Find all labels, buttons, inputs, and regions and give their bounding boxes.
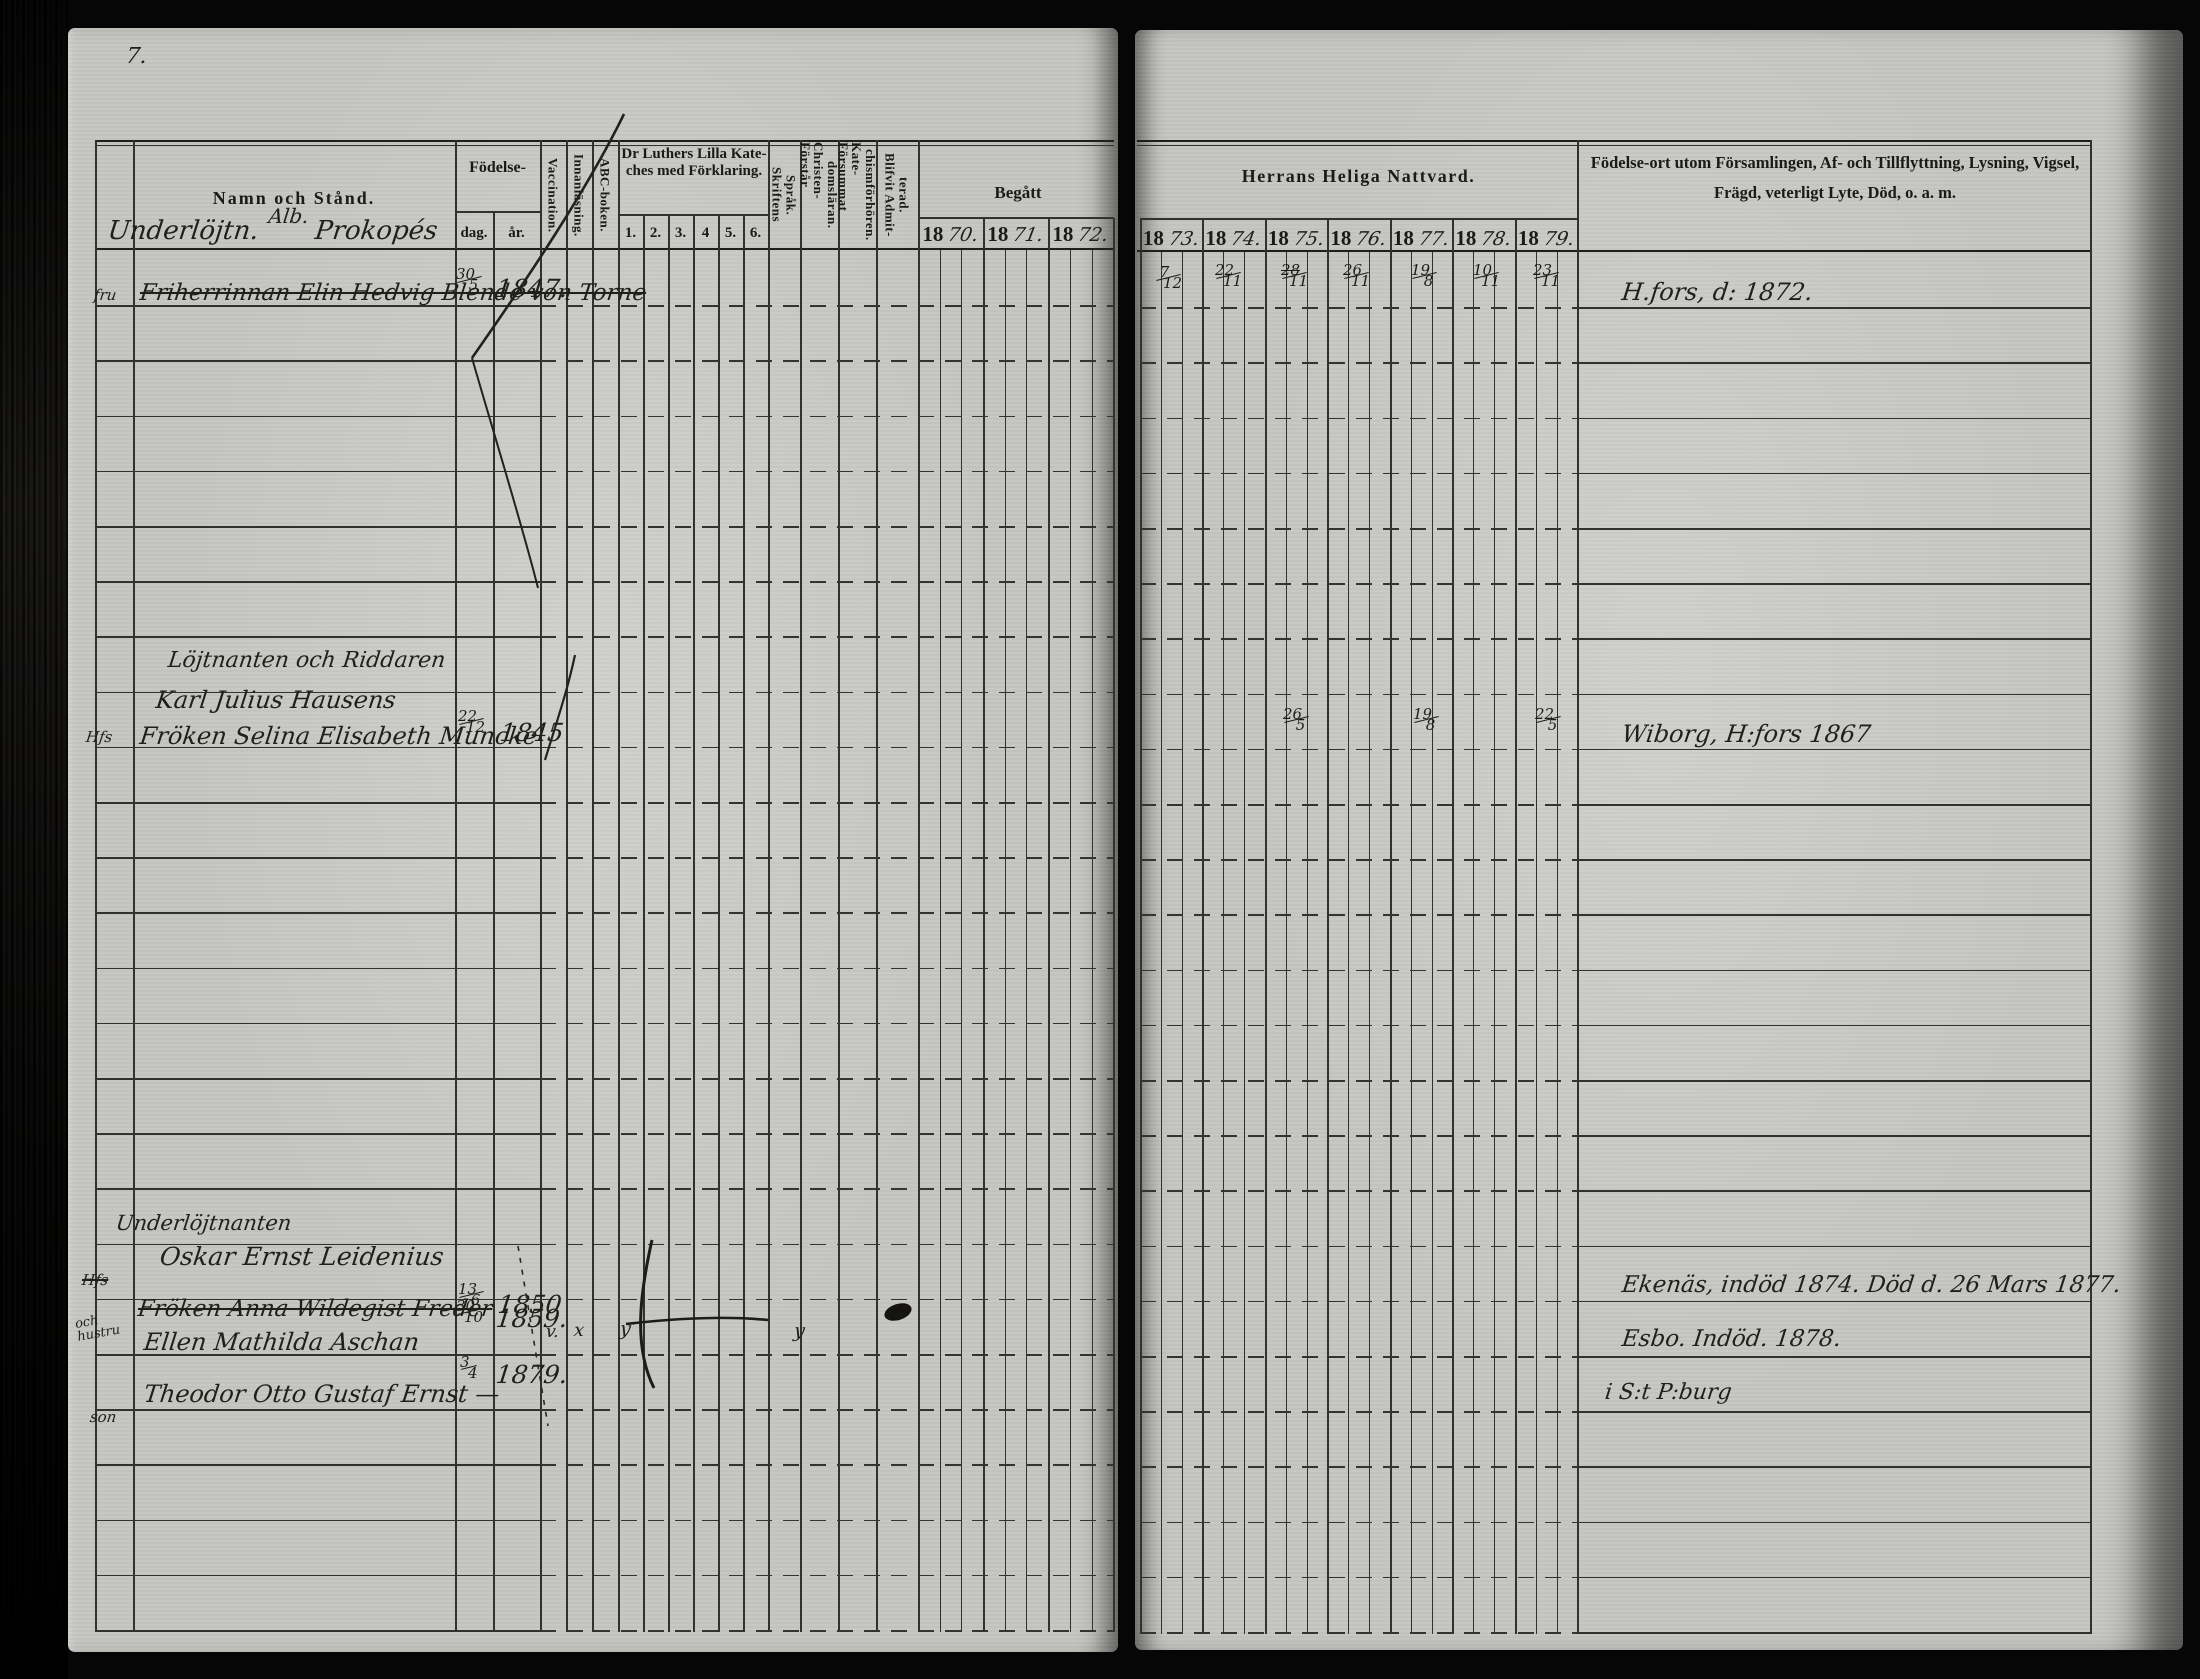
rule-line — [668, 215, 670, 1632]
year-written: 76. — [1354, 228, 1388, 250]
notes-column-header: Födelse-ort utom Församlingen, Af- och T… — [1585, 148, 2085, 208]
rule-line — [983, 218, 985, 1632]
fraction-denominator: 5 — [464, 279, 483, 291]
year-written: 74. — [1229, 228, 1263, 250]
rule-line — [1577, 140, 1579, 1634]
year-column-1878: 1878. — [1452, 226, 1515, 252]
rule-line — [1161, 252, 1162, 1634]
fraction-denominator: 11 — [1481, 275, 1500, 287]
year-printed: 18 — [1455, 226, 1476, 251]
rule-line — [540, 1464, 1114, 1466]
row2-note: Wiborg, H:fors 1867 — [1620, 720, 1872, 748]
rule-line — [1265, 218, 1267, 1634]
rule-line — [540, 360, 1114, 362]
kateches-subcol-6: 6. — [743, 220, 768, 246]
communion-1874: 2211 — [1219, 264, 1238, 288]
rule-line — [1577, 1522, 2090, 1524]
rule-line — [1515, 218, 1517, 1634]
rule-line — [540, 1133, 1114, 1135]
column-header-innanlasning: Innanläsning. — [566, 142, 592, 248]
rule-line — [95, 471, 540, 473]
begatt-label: Begått — [918, 178, 1118, 208]
rule-line — [1577, 970, 2090, 972]
year-column-1870: 1870. — [918, 222, 983, 248]
year-printed: 18 — [1393, 226, 1414, 251]
row5-name: Theodor Otto Gustaf Ernst — — [142, 1380, 501, 1408]
entry-group1-title: Underlöjtn. Alb. Prokopés — [106, 216, 439, 246]
rule-line — [1140, 1246, 1577, 1248]
communion-1877: 198 — [1415, 264, 1434, 288]
rule-line — [95, 526, 540, 528]
row4-note: Esbo. Indöd. 1878. — [1620, 1326, 1842, 1352]
rule-line — [1137, 145, 2090, 146]
rule-line — [1577, 528, 2090, 530]
group1-title-pre: Underlöjtn. — [106, 216, 260, 246]
row3-name: Fröken Anna Wildegist Freder — [136, 1296, 494, 1322]
rule-line — [540, 857, 1114, 859]
rule-line — [1140, 1356, 1577, 1358]
rule-line — [1026, 250, 1027, 1632]
column-header-birth: Födelse- — [455, 153, 540, 183]
row5-birth-year: 1879. — [494, 1360, 569, 1389]
rule-line — [1473, 252, 1474, 1634]
rule-line — [540, 1244, 1114, 1246]
communion-1875: 2811 — [1285, 264, 1304, 288]
row5-margin-note: son — [89, 1408, 118, 1426]
row1-name: Friherrinnan Elin Hedvig Blende von Torn… — [138, 280, 647, 306]
rule-line — [95, 581, 540, 583]
fraction-numerator: 3 — [460, 1356, 470, 1368]
rule-line — [1307, 252, 1308, 1634]
rule-line — [455, 211, 540, 213]
fraction-denominator: 4 — [468, 1367, 478, 1379]
rule-line — [643, 215, 645, 1632]
row5-note: i S:t P:burg — [1603, 1380, 1733, 1405]
year-written: 73. — [1167, 228, 1201, 250]
rule-line — [540, 968, 1114, 970]
rule-line — [1140, 638, 1577, 640]
rule-line — [1577, 1411, 2090, 1413]
rule-line — [1182, 252, 1183, 1634]
row4-forstar-mark: y — [793, 1320, 806, 1342]
fraction-denominator: 11 — [1541, 275, 1560, 287]
notes-header-line1: Födelse-ort utom Församlingen, Af- och T… — [1591, 153, 2079, 172]
kateches-line1: Dr Luthers Lilla Kate- — [621, 146, 766, 162]
rule-line — [1452, 218, 1454, 1634]
rule-line — [95, 968, 540, 970]
rule-line — [540, 1409, 1114, 1411]
rule-line — [1557, 252, 1558, 1634]
rule-line — [1577, 694, 2090, 696]
rule-line — [95, 1630, 540, 1632]
kateches-subcol-3: 3. — [668, 220, 693, 246]
left-page: 7. Namn och Stånd. Födelse- dag. år. Vac… — [68, 28, 1118, 1652]
rule-line — [566, 140, 568, 1632]
rule-line — [540, 747, 1114, 749]
rule-line — [540, 802, 1114, 804]
blifvit-line1: Blifvit Admit- — [884, 153, 897, 237]
rule-line — [768, 140, 770, 1632]
rule-line — [1140, 307, 1577, 309]
page-number: 7. — [124, 44, 148, 69]
rule-line — [540, 636, 1114, 638]
rule-line — [1140, 914, 1577, 916]
rule-line — [1390, 218, 1392, 1634]
rule-line — [1140, 583, 1577, 585]
rule-line — [540, 1188, 1114, 1190]
year-column-1872: 1872. — [1048, 222, 1113, 248]
year-written: 77. — [1417, 228, 1451, 250]
rule-line — [540, 1078, 1114, 1080]
rule-line — [1577, 1301, 2090, 1303]
communion-1879-row2: 225 — [1539, 708, 1558, 732]
year-written: 72. — [1076, 224, 1110, 246]
year-column-1875: 1875. — [1265, 226, 1327, 252]
fraction-denominator: 11 — [1289, 275, 1308, 287]
rule-line — [1113, 218, 1115, 1632]
rule-line — [1577, 914, 2090, 916]
kateches-subcol-1: 1. — [618, 220, 643, 246]
rule-line — [1577, 583, 2090, 585]
entry-group3-title2: Oskar Ernst Leidenius — [158, 1242, 445, 1271]
rule-line — [1140, 528, 1577, 530]
column-header-kateches: Dr Luthers Lilla Kate- ches med Förklari… — [620, 146, 768, 180]
forstar-line1: Förstår Christen- — [799, 142, 825, 248]
forsummat-line1: Försummat Kate- — [837, 142, 863, 248]
rule-line — [1577, 859, 2090, 861]
fraction-denominator: 12 — [1163, 277, 1182, 289]
rule-line — [1070, 250, 1071, 1632]
year-printed: 18 — [1268, 226, 1289, 251]
rule-line — [1140, 218, 1142, 1634]
group1-inserted-name: Alb. — [267, 204, 310, 228]
rule-line — [1577, 1466, 2090, 1468]
rule-line — [95, 1464, 540, 1466]
kateches-subcol-5: 5. — [718, 220, 743, 246]
rule-line — [1577, 749, 2090, 751]
year-column-1879: 1879. — [1515, 226, 1577, 252]
row3-margin-note: Hfs — [81, 1271, 110, 1289]
fraction-denominator: 10 — [464, 1311, 483, 1323]
column-header-forstar: Förstår Christen- domsläran. — [800, 142, 838, 248]
rule-line — [95, 1023, 540, 1025]
year-printed: 18 — [1330, 226, 1351, 251]
row4-abc-mark: y — [619, 1318, 632, 1340]
column-header-abc-boken: ABC-boken. — [592, 142, 618, 248]
rule-line — [1140, 218, 1577, 220]
kateches-line2: ches med Förklaring. — [626, 163, 762, 179]
column-header-birth-day: dag. — [455, 220, 493, 246]
rule-line — [95, 1520, 540, 1522]
rule-line — [95, 1409, 540, 1411]
row4-margin-note: och hustru — [74, 1310, 124, 1344]
rule-line — [1140, 694, 1577, 696]
rule-line — [918, 217, 1114, 219]
rule-line — [95, 1575, 540, 1577]
row2-birth-day: 22 12 — [462, 710, 481, 734]
rule-line — [540, 1354, 1114, 1356]
row4-innanlasning-mark: x — [573, 1320, 586, 1341]
rule-line — [1137, 140, 2090, 142]
rule-line — [1577, 804, 2090, 806]
diagonal-pen-stroke — [472, 358, 538, 588]
row2-birth-year: 1845 — [498, 718, 565, 747]
rule-line — [693, 215, 695, 1632]
nattvard-header: Herrans Heliga Nattvard. — [1140, 158, 1577, 194]
communion-1879: 2311 — [1537, 264, 1556, 288]
column-header-forsummat: Försummat Kate- chismförhören. — [838, 142, 876, 248]
rule-line — [1369, 252, 1370, 1634]
rule-line — [838, 140, 840, 1632]
rule-line — [540, 912, 1114, 914]
rule-line — [1577, 1135, 2090, 1137]
rule-line — [1577, 1025, 2090, 1027]
year-printed: 18 — [922, 222, 943, 247]
year-printed: 18 — [1518, 226, 1539, 251]
rule-line — [961, 250, 962, 1632]
fraction-denominator: 11 — [1351, 275, 1370, 287]
rule-line — [1202, 218, 1204, 1634]
rule-line — [800, 140, 802, 1632]
rule-line — [1577, 418, 2090, 420]
year-column-1876: 1876. — [1327, 226, 1390, 252]
rule-line — [540, 1299, 1114, 1301]
year-written: 79. — [1542, 228, 1576, 250]
rule-line — [1140, 473, 1577, 475]
fraction-denominator: 12 — [466, 721, 485, 733]
rule-line — [1223, 252, 1224, 1634]
rule-line — [618, 140, 620, 1632]
skriftens-line1: Skriftens — [771, 167, 784, 222]
rule-line — [1140, 804, 1577, 806]
rule-line — [1348, 252, 1349, 1634]
rule-line — [743, 215, 745, 1632]
rule-line — [1140, 1301, 1577, 1303]
row4-name: Ellen Mathilda Aschan — [142, 1328, 421, 1356]
column-header-birth-year: år. — [493, 220, 540, 246]
rule-line — [455, 140, 457, 1632]
rule-line — [1140, 418, 1577, 420]
year-column-1873: 1873. — [1140, 226, 1202, 252]
column-header-skriftens-sprak: Skriftens Språk. — [768, 142, 800, 248]
rule-line — [1140, 749, 1577, 751]
rule-line — [1244, 252, 1245, 1634]
book-spine-edge — [0, 0, 68, 1679]
rule-line — [540, 416, 1114, 418]
fraction-denominator: 5 — [1291, 719, 1310, 731]
rule-line — [540, 1520, 1114, 1522]
rule-line — [1411, 252, 1412, 1634]
communion-1878: 1011 — [1477, 264, 1496, 288]
fraction-denominator: 11 — [1223, 275, 1242, 287]
communion-1875-row2: 265 — [1287, 708, 1306, 732]
rule-line — [1140, 1522, 1577, 1524]
rule-line — [1494, 252, 1495, 1634]
rule-line — [1140, 1466, 1577, 1468]
rule-line — [540, 1023, 1114, 1025]
rule-line — [1536, 252, 1537, 1634]
kateches-subcol-2: 2. — [643, 220, 668, 246]
row4-birth-day: 30 10 — [460, 1300, 479, 1324]
rule-line — [918, 140, 920, 1632]
rule-line — [1577, 638, 2090, 640]
row2-margin-note: Hfs — [85, 728, 114, 746]
rule-line — [1577, 1246, 2090, 1248]
rule-line — [1140, 859, 1577, 861]
rule-line — [1577, 307, 2090, 309]
rule-line — [540, 581, 1114, 583]
rule-line — [1577, 1632, 2090, 1634]
year-column-1877: 1877. — [1390, 226, 1452, 252]
fraction-denominator: 8 — [1419, 275, 1438, 287]
rule-line — [1432, 252, 1433, 1634]
rule-line — [1140, 1025, 1577, 1027]
rule-line — [592, 140, 594, 1632]
column-header-blifvit-admitterad: Blifvit Admit- terad. — [876, 142, 918, 248]
rule-line — [1140, 970, 1577, 972]
rule-line — [95, 912, 540, 914]
communion-1876: 2611 — [1347, 264, 1366, 288]
fraction-denominator: 8 — [1421, 719, 1440, 731]
abc-boken-label: ABC-boken. — [599, 158, 612, 232]
row5-birth-day: 3 4 — [464, 1356, 474, 1380]
rule-line — [1140, 1577, 1577, 1579]
year-printed: 18 — [1052, 222, 1073, 247]
year-written: 75. — [1292, 228, 1326, 250]
rule-line — [1577, 1577, 2090, 1579]
innanlasning-label: Innanläsning. — [573, 154, 586, 237]
year-column-1874: 1874. — [1202, 226, 1265, 252]
rule-line — [1577, 1080, 2090, 1082]
year-written: 70. — [946, 224, 980, 246]
rule-line — [1140, 1632, 1577, 1634]
rule-line — [1140, 1411, 1577, 1413]
year-printed: 18 — [1143, 226, 1164, 251]
year-column-1871: 1871. — [983, 222, 1048, 248]
rule-line — [95, 636, 540, 638]
rule-line — [1092, 250, 1093, 1632]
rule-line — [540, 1575, 1114, 1577]
column-header-vaccination: Vaccination. — [540, 142, 566, 248]
rule-line — [95, 416, 540, 418]
year-written: 71. — [1011, 224, 1045, 246]
rule-line — [1577, 362, 2090, 364]
rule-line — [1005, 250, 1006, 1632]
rule-line — [1140, 1135, 1577, 1137]
rule-line — [2090, 140, 2092, 1634]
rule-line — [1286, 252, 1287, 1634]
rule-line — [1140, 362, 1577, 364]
kateches-subcol-4: 4 — [693, 220, 718, 246]
rule-line — [876, 140, 878, 1632]
row3-note: Ekenäs, indöd 1874. Död d. 26 Mars 1877. — [1620, 1272, 2122, 1298]
entry-group2-title1: Löjtnanten och Riddaren — [166, 648, 446, 673]
horizontal-pen-stroke — [626, 1318, 768, 1324]
rule-line — [1140, 1080, 1577, 1082]
rule-line — [1577, 1356, 2090, 1358]
notes-header-line2: Frägd, veterligt Lyte, Död, o. a. m. — [1714, 183, 1956, 202]
rule-line — [1140, 1190, 1577, 1192]
communion-1877-row2: 198 — [1417, 708, 1436, 732]
rule-line — [540, 140, 542, 1632]
row1-birth-year: 1847. — [494, 274, 569, 303]
rule-line — [940, 250, 941, 1632]
rule-line — [540, 692, 1114, 694]
rule-line — [95, 1188, 540, 1190]
right-page: Herrans Heliga Nattvard. Födelse-ort uto… — [1135, 30, 2183, 1650]
rule-line — [493, 212, 495, 1632]
rule-line — [95, 802, 540, 804]
entry-group2-title2: Karl Julius Hausens — [154, 686, 397, 714]
rule-line — [1048, 218, 1050, 1632]
rule-line — [540, 471, 1114, 473]
rule-line — [1577, 473, 2090, 475]
rule-line — [95, 1078, 540, 1080]
rule-line — [540, 1630, 1114, 1632]
rule-line — [1577, 1190, 2090, 1192]
rule-line — [133, 140, 135, 1632]
year-printed: 18 — [987, 222, 1008, 247]
row1-note: H.fors, d: 1872. — [1620, 278, 1814, 306]
fraction-denominator: 5 — [1543, 719, 1562, 731]
row1-birth-day: 30 5 — [460, 268, 479, 292]
rule-line — [95, 360, 540, 362]
church-register-scan: 7. Namn och Stånd. Födelse- dag. år. Vac… — [0, 0, 2200, 1679]
ink-blot — [882, 1300, 914, 1324]
dotted-pen-stroke — [518, 1246, 548, 1426]
group1-title-post: Prokopés — [313, 216, 439, 246]
communion-1873: 712 — [1159, 266, 1178, 290]
year-printed: 18 — [1205, 226, 1226, 251]
rule-line — [95, 857, 540, 859]
rule-line — [718, 215, 720, 1632]
year-written: 78. — [1479, 228, 1513, 250]
rule-line — [540, 526, 1114, 528]
rule-line — [1327, 218, 1329, 1634]
row4-vaccination-mark: v. — [545, 1322, 560, 1342]
row1-margin-note: fru — [93, 286, 118, 304]
skriftens-line2: Språk. — [785, 175, 798, 215]
rule-line — [95, 1133, 540, 1135]
blifvit-line2: terad. — [898, 177, 911, 213]
vaccination-label: Vaccination. — [547, 158, 560, 233]
entry-group3-title1: Underlöjtnanten — [115, 1211, 293, 1235]
